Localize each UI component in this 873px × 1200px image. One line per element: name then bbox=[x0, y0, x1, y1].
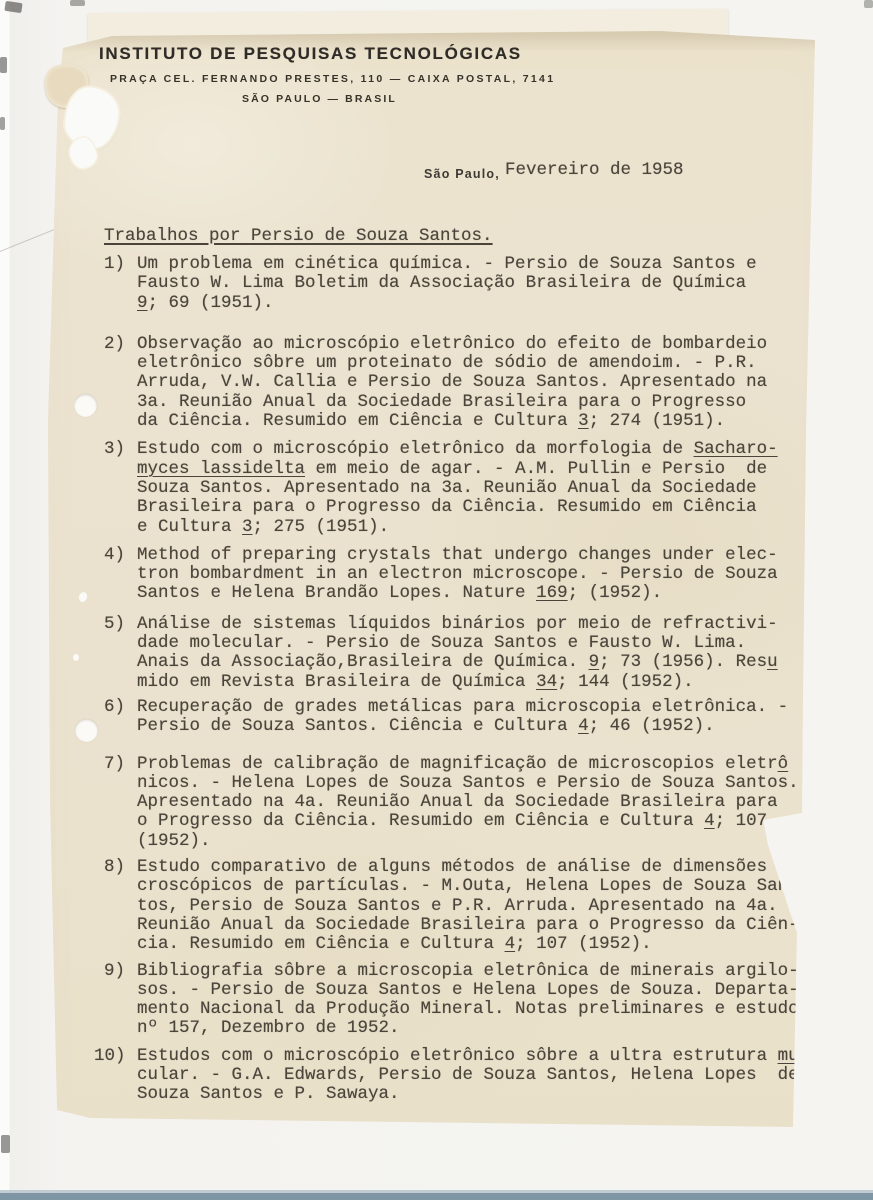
list-item: 10)Estudos com o microscópio eletrônico … bbox=[94, 1047, 814, 1105]
letterhead-institution: INSTITUTO DE PESQUISAS TECNOLÓGICAS bbox=[99, 44, 522, 64]
item-number: 9) bbox=[94, 962, 125, 981]
scanner-mark bbox=[70, 0, 85, 6]
item-number: 4) bbox=[94, 546, 125, 565]
list-item: 4)Method of preparing crystals that unde… bbox=[94, 546, 814, 604]
list-item: 8)Estudo comparativo de alguns métodos d… bbox=[94, 858, 814, 954]
item-text: Bibliografia sôbre a microscopia eletrôn… bbox=[137, 962, 809, 1039]
list-item: 2)Observação ao microscópio eletrônico d… bbox=[94, 335, 814, 431]
dateline-place: São Paulo, bbox=[424, 167, 500, 181]
item-text: Method of preparing crystals that underg… bbox=[137, 546, 778, 604]
item-text: Observação ao microscópio eletrônico do … bbox=[137, 335, 767, 431]
paper-speck bbox=[78, 591, 89, 603]
publication-list: 1)Um problema em cinética química. - Per… bbox=[94, 255, 814, 1105]
scanner-mark bbox=[0, 117, 5, 130]
item-text: Recuperação de grades metálicas para mic… bbox=[137, 698, 788, 737]
scanner-mark bbox=[4, 1, 22, 13]
letterhead-address: PRAÇA CEL. FERNANDO PRESTES, 110 — CAIXA… bbox=[110, 73, 555, 85]
item-number: 1) bbox=[94, 255, 125, 274]
hole-punch bbox=[75, 719, 98, 742]
item-number: 3) bbox=[94, 440, 125, 459]
item-number: 2) bbox=[94, 335, 125, 354]
item-text: Estudos com o microscópio eletrônico sôb… bbox=[137, 1047, 809, 1105]
scanner-mark bbox=[864, 0, 873, 8]
document-title: Trabalhos por Persio de Souza Santos. bbox=[104, 226, 493, 246]
letter-paper: INSTITUTO DE PESQUISAS TECNOLÓGICAS PRAÇ… bbox=[0, 0, 873, 1200]
list-item: 3)Estudo com o microscópio eletrônico da… bbox=[94, 440, 814, 536]
item-number: 6) bbox=[94, 698, 125, 717]
item-text: Estudo com o microscópio eletrônico da m… bbox=[137, 440, 778, 536]
scanner-mark bbox=[0, 57, 7, 73]
hole-punch bbox=[74, 394, 97, 417]
item-text: Análise de sistemas líquidos binários po… bbox=[137, 615, 778, 692]
paper-speck bbox=[73, 654, 79, 661]
item-number: 8) bbox=[94, 858, 125, 877]
list-item: 7)Problemas de calibração de magnificaçã… bbox=[94, 755, 814, 851]
list-item: 6)Recuperação de grades metálicas para m… bbox=[94, 698, 814, 737]
dateline-date: Fevereiro de 1958 bbox=[505, 160, 684, 180]
scanner-mark bbox=[1, 1135, 10, 1153]
item-number: 5) bbox=[94, 615, 125, 634]
item-text: Estudo comparativo de alguns métodos de … bbox=[137, 858, 809, 954]
scanned-page: INSTITUTO DE PESQUISAS TECNOLÓGICAS PRAÇ… bbox=[0, 0, 873, 1200]
item-text: Problemas de calibração de magnificação … bbox=[137, 755, 799, 851]
item-text: Um problema em cinética química. - Persi… bbox=[137, 255, 757, 313]
list-item: 5)Análise de sistemas líquidos binários … bbox=[94, 615, 814, 692]
letterhead-city: SÃO PAULO — BRASIL bbox=[242, 93, 397, 105]
list-item: 1)Um problema em cinética química. - Per… bbox=[94, 255, 814, 313]
item-number: 10) bbox=[94, 1047, 125, 1066]
scanner-strip bbox=[0, 1193, 873, 1200]
item-number: 7) bbox=[94, 755, 125, 774]
list-item: 9)Bibliografia sôbre a microscopia eletr… bbox=[94, 962, 814, 1039]
